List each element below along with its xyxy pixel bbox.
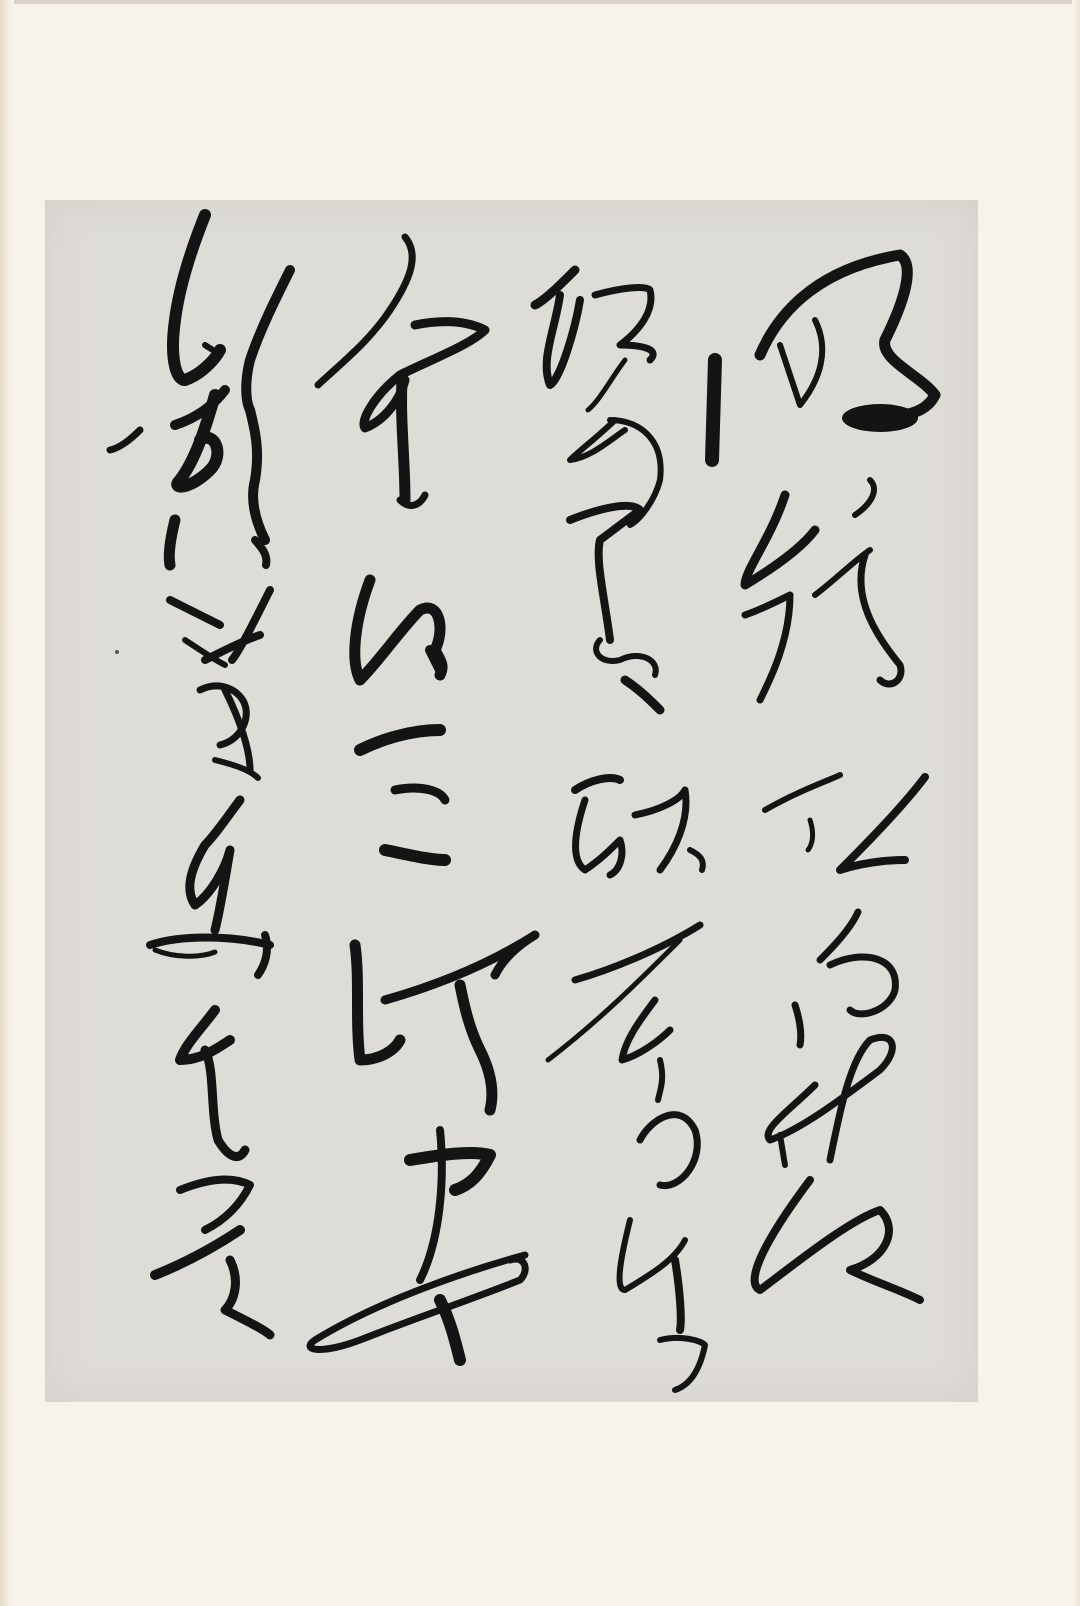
ink-speck [115, 650, 119, 654]
calligraphy-column-4 [185, 270, 290, 845]
calligraphy-artwork [45, 200, 978, 1402]
page-binding-edge [0, 0, 14, 1606]
calligraphy-column-1 [712, 255, 935, 1300]
calligraphy-plate [45, 200, 978, 1402]
calligraphy-column-2 [535, 270, 705, 1390]
calligraphy-column-3 [310, 237, 535, 1360]
page-top-edge [0, 0, 1080, 4]
page-right-edge [1072, 0, 1080, 1606]
